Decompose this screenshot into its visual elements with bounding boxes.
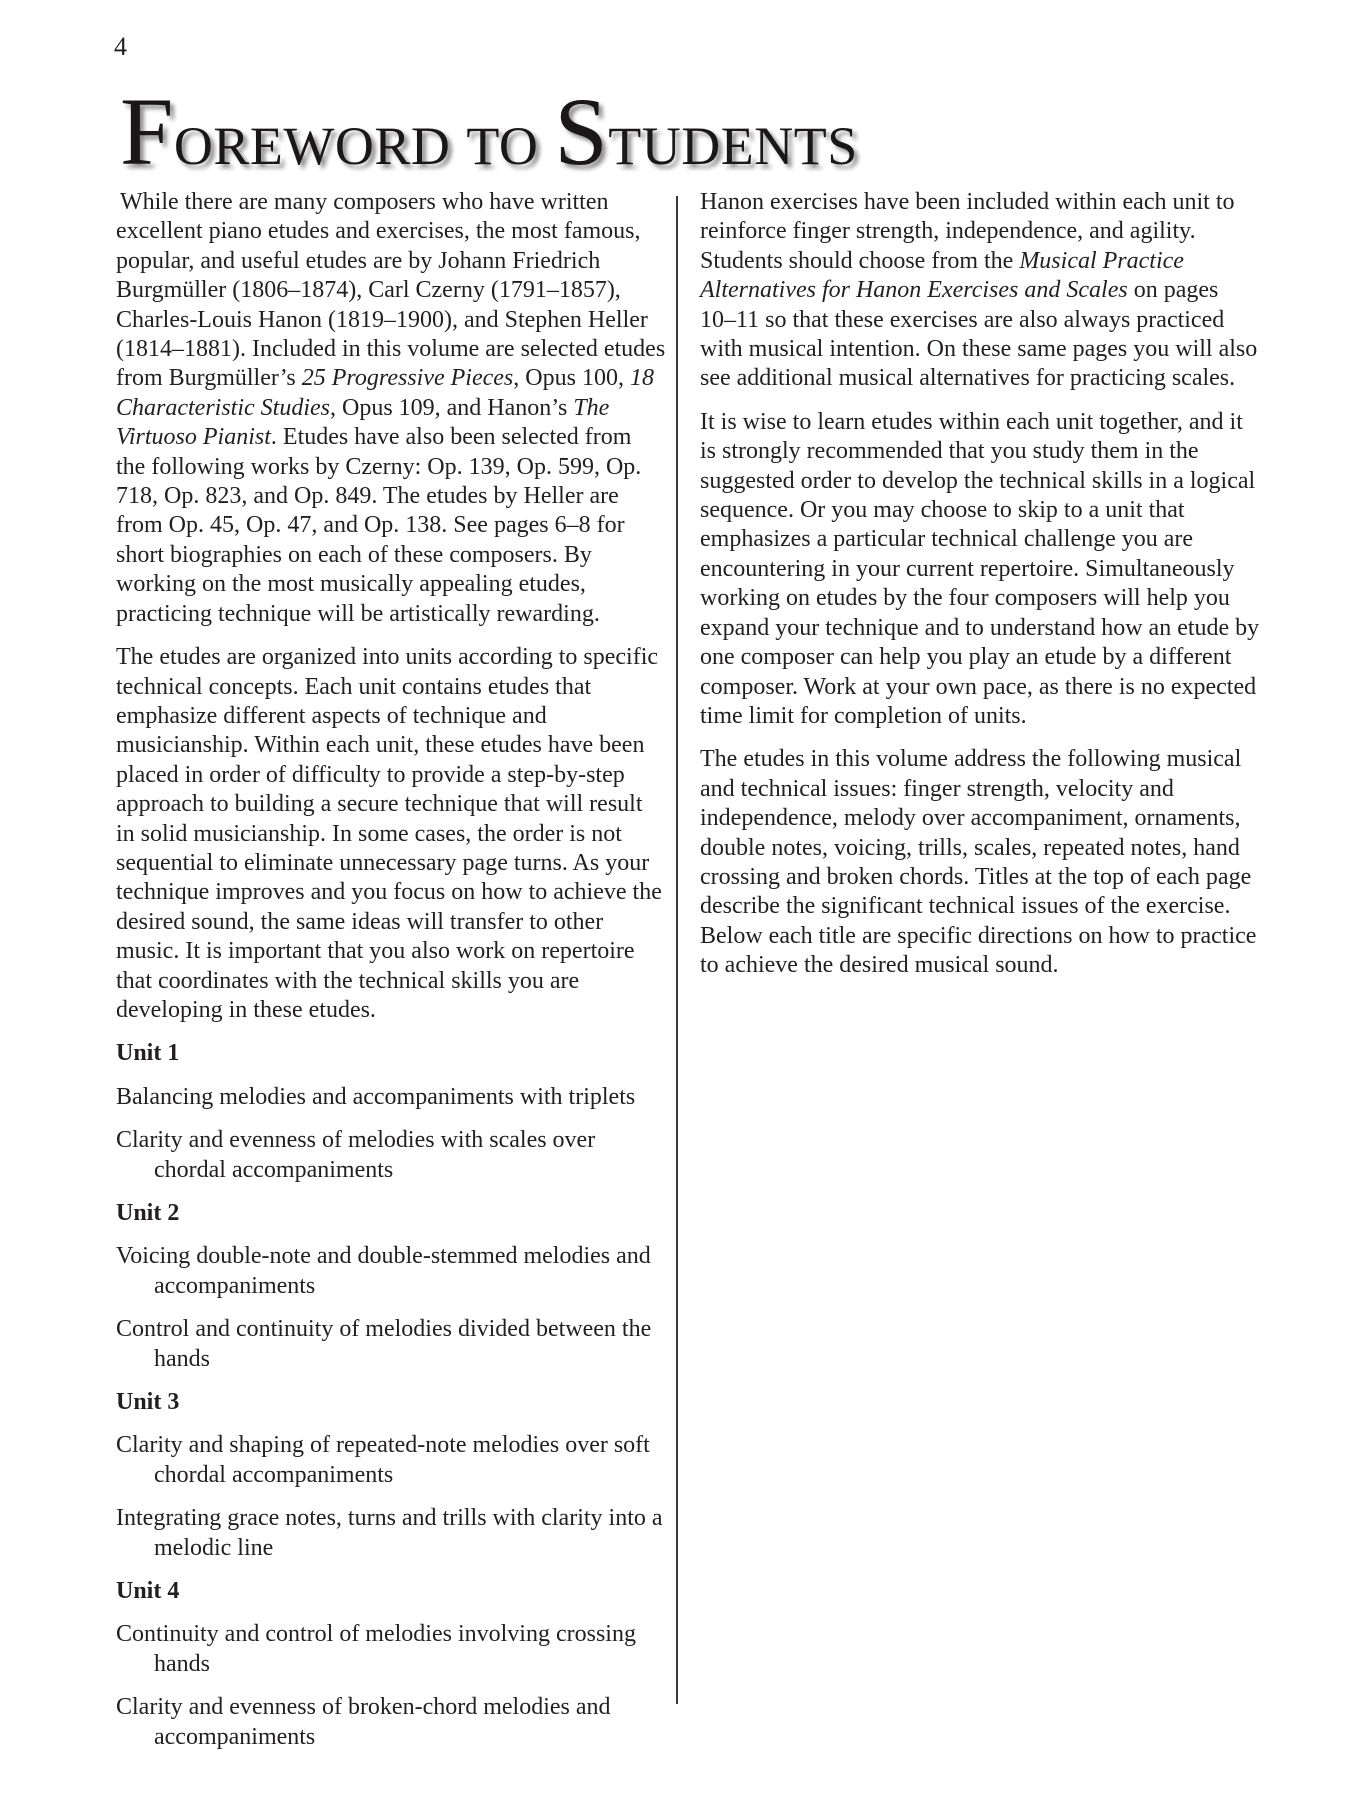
- column-divider: [676, 196, 678, 1704]
- intro-paragraph: While there are many composers who have …: [116, 188, 666, 629]
- title-word-foreword-rest: oreword: [174, 116, 450, 176]
- unit-item: Balancing melodies and accompaniments wi…: [116, 1083, 666, 1112]
- unit-list: Unit 1 Balancing melodies and accompanim…: [116, 1039, 666, 1752]
- unit-item: Continuity and control of melodies invol…: [116, 1620, 666, 1679]
- organization-paragraph: The etudes are organized into units acco…: [116, 643, 666, 1025]
- unit-item: Clarity and evenness of broken-chord mel…: [116, 1693, 666, 1752]
- unit-item: Clarity and shaping of repeated-note mel…: [116, 1431, 666, 1490]
- page-title: ForewordtoStudents: [120, 84, 858, 180]
- unit-3: Unit 3 Clarity and shaping of repeated-n…: [116, 1388, 666, 1563]
- text-run: , Opus 109, and Hanon’s: [330, 395, 573, 421]
- text-run: . Etudes have also been selected from th…: [116, 424, 641, 626]
- title-25-progressive-pieces: 25 Progressive Pieces: [302, 365, 514, 391]
- study-order-paragraph: It is wise to learn etudes within each u…: [700, 408, 1260, 731]
- unit-1: Unit 1 Balancing melodies and accompanim…: [116, 1039, 666, 1185]
- right-column: Hanon exercises have been included withi…: [700, 188, 1260, 995]
- unit-heading: Unit 1: [116, 1039, 666, 1068]
- unit-item: Voicing double-note and double-stemmed m…: [116, 1242, 666, 1301]
- unit-item: Clarity and evenness of melodies with sc…: [116, 1126, 666, 1185]
- title-initial-s: S: [554, 78, 608, 185]
- text-run: , Opus 100,: [513, 365, 630, 391]
- text-run: While there are many composers who have …: [116, 189, 665, 391]
- left-column: While there are many composers who have …: [116, 188, 666, 1766]
- title-word-to: to: [466, 116, 538, 176]
- hanon-paragraph: Hanon exercises have been included withi…: [700, 188, 1260, 394]
- unit-item: Control and continuity of melodies divid…: [116, 1315, 666, 1374]
- page-number: 4: [114, 32, 127, 62]
- title-initial-f: F: [120, 78, 174, 185]
- issues-paragraph: The etudes in this volume address the fo…: [700, 745, 1260, 980]
- unit-2: Unit 2 Voicing double-note and double-st…: [116, 1199, 666, 1374]
- unit-heading: Unit 3: [116, 1388, 666, 1417]
- unit-4: Unit 4 Continuity and control of melodie…: [116, 1577, 666, 1752]
- title-word-students-rest: tudents: [608, 116, 857, 176]
- unit-heading: Unit 4: [116, 1577, 666, 1606]
- unit-item: Integrating grace notes, turns and trill…: [116, 1504, 666, 1563]
- unit-heading: Unit 2: [116, 1199, 666, 1228]
